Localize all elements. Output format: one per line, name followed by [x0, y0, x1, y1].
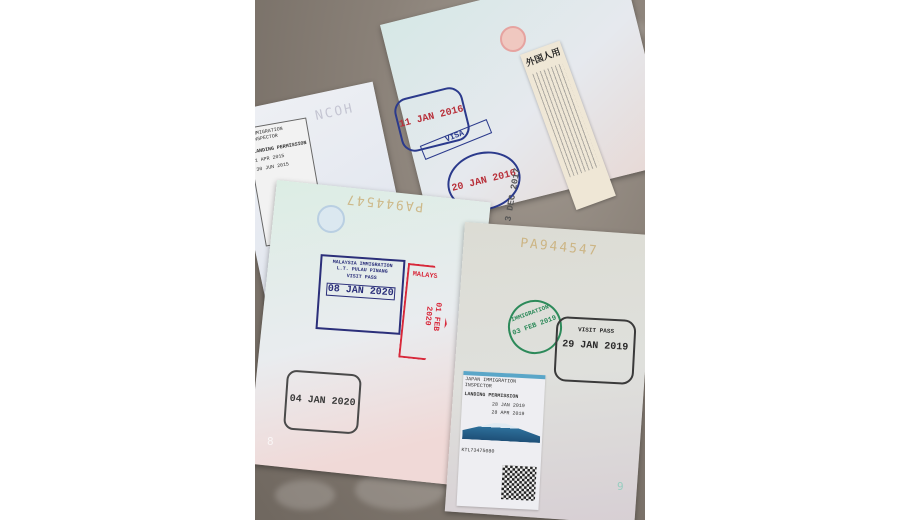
landing-permission-sticker: JAPAN IMMIGRATION INSPECTOR LANDING PERM… — [457, 371, 546, 510]
emblem-icon — [317, 205, 345, 233]
passport-photo: NCOH 11 JAN 2016 VISA 20 JAN 2016 外国人用 3… — [255, 0, 645, 520]
visit-pass-stamp: VISIT PASS 29 JAN 2019 — [553, 316, 636, 385]
marble-vein — [275, 480, 335, 510]
page-number: 8 — [267, 435, 274, 448]
sticker-header: IMMIGRATION INSPECTOR — [255, 122, 305, 143]
mount-fuji-graphic — [462, 417, 541, 443]
page-number: 9 — [617, 480, 624, 493]
entry-stamp: 04 JAN 2020 — [283, 369, 362, 434]
visit-pass-stamp: MALAYSIA IMMIGRATION L.T. PULAU PINANG V… — [315, 254, 405, 335]
qr-code — [501, 465, 537, 501]
emblem-icon — [500, 26, 526, 52]
sticker-code: KTL73475080 — [459, 441, 542, 457]
